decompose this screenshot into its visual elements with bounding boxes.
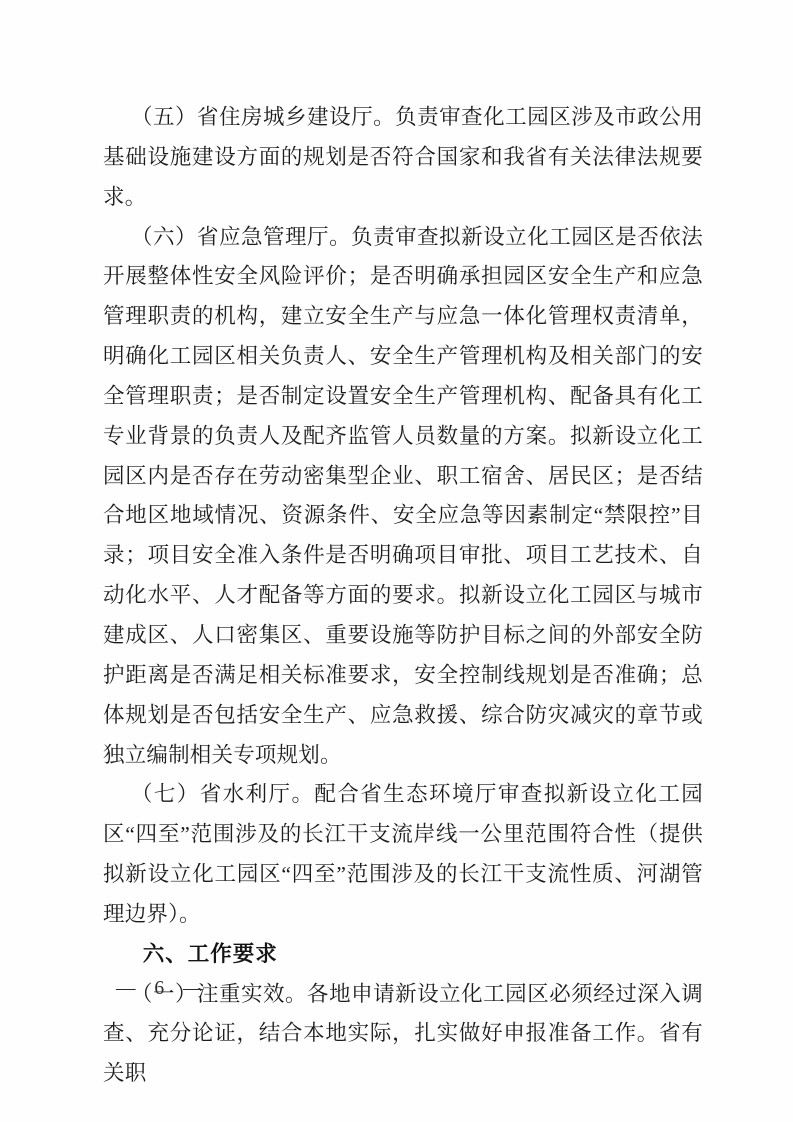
paragraph-sec7-water-dept: （七）省水利厅。配合省生态环境厅审查拟新设立化工园区“四至”范围涉及的长江干支流… — [103, 775, 703, 934]
section-heading-work-requirements: 六、工作要求 — [103, 935, 703, 975]
page-number: — 6 — — [116, 978, 210, 1000]
paragraph-sec6-emergency-dept: （六）省应急管理厅。负责审查拟新设立化工园区是否依法开展整体性安全风险评价；是否… — [103, 218, 703, 776]
document-body: （五）省住房城乡建设厅。负责审查化工园区涉及市政公用基础设施建设方面的规划是否符… — [103, 98, 703, 1094]
paragraph-sec5-housing-dept: （五）省住房城乡建设厅。负责审查化工园区涉及市政公用基础设施建设方面的规划是否符… — [103, 98, 703, 218]
document-page: （五）省住房城乡建设厅。负责审查化工园区涉及市政公用基础设施建设方面的规划是否符… — [0, 0, 793, 1122]
